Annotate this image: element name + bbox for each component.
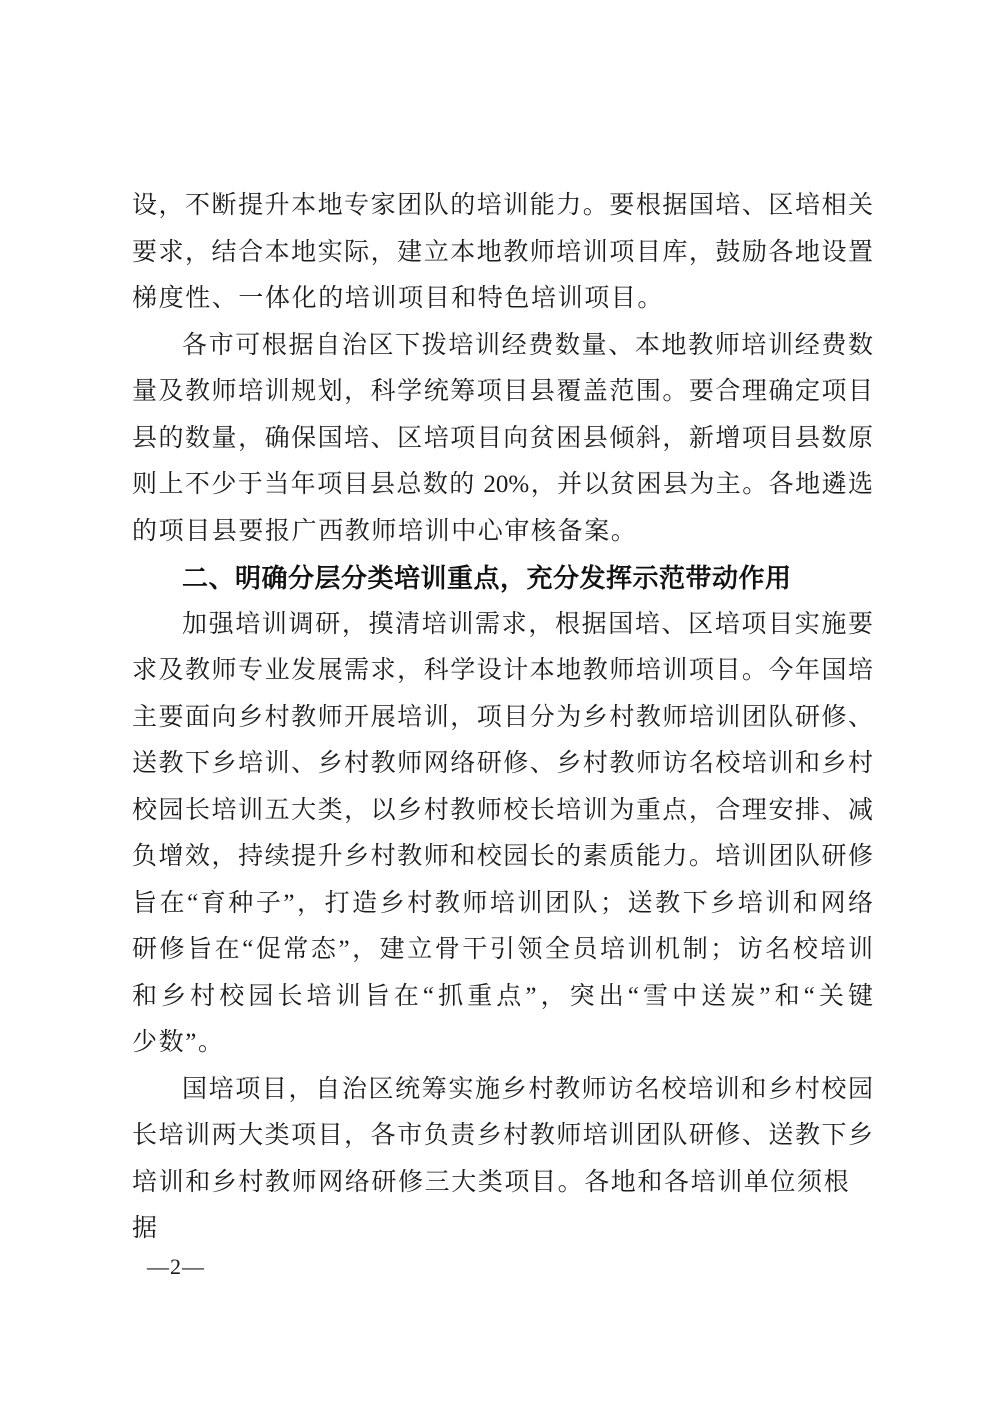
- page-number: —2—: [147, 1252, 205, 1282]
- text-line: 研修旨在“促常态”，建立骨干引领全员培训机制；访名校培训: [132, 927, 873, 974]
- paragraph: 加强培训调研，摸清培训需求，根据国培、区培项目实施要求及教师专业发展需求，科学设…: [132, 602, 873, 1067]
- text-line: 量及教师培训规划，科学统筹项目县覆盖范围。要合理确定项目: [132, 369, 873, 416]
- text-line: 和乡村校园长培训旨在“抓重点”，突出“雪中送炭”和“关键: [132, 974, 873, 1021]
- text-line: 的项目县要报广西教师培训中心审核备案。: [132, 509, 873, 556]
- text-line: 负增效，持续提升乡村教师和校园长的素质能力。培训团队研修: [132, 834, 873, 881]
- text-line: 加强培训调研，摸清培训需求，根据国培、区培项目实施要: [132, 602, 873, 649]
- text-line: 培训和乡村教师网络研修三大类项目。各地和各培训单位须根据: [132, 1160, 873, 1207]
- text-line: 旨在“育种子”，打造乡村教师培训团队；送教下乡培训和网络: [132, 881, 873, 928]
- text-line: 设，不断提升本地专家团队的培训能力。要根据国培、区培相关: [132, 183, 873, 230]
- section-heading: 二、明确分层分类培训重点，充分发挥示范带动作用: [132, 555, 873, 602]
- text-line: 国培项目，自治区统筹实施乡村教师访名校培训和乡村校园: [132, 1067, 873, 1114]
- text-line: 要求，结合本地实际，建立本地教师培训项目库，鼓励各地设置: [132, 230, 873, 277]
- text-line: 主要面向乡村教师开展培训，项目分为乡村教师培训团队研修、: [132, 695, 873, 742]
- text-line: 各市可根据自治区下拨培训经费数量、本地教师培训经费数: [132, 323, 873, 370]
- text-line: 县的数量，确保国培、区培项目向贫困县倾斜，新增项目县数原: [132, 416, 873, 463]
- text-line: 长培训两大类项目，各市负责乡村教师培训团队研修、送教下乡: [132, 1113, 873, 1160]
- paragraph: 设，不断提升本地专家团队的培训能力。要根据国培、区培相关要求，结合本地实际，建立…: [132, 183, 873, 323]
- text-line: 少数”。: [132, 1020, 873, 1067]
- text-line: 梯度性、一体化的培训项目和特色培训项目。: [132, 276, 873, 323]
- heading-line: 二、明确分层分类培训重点，充分发挥示范带动作用: [132, 555, 873, 602]
- document-body: 设，不断提升本地专家团队的培训能力。要根据国培、区培相关要求，结合本地实际，建立…: [132, 183, 873, 1206]
- paragraph: 国培项目，自治区统筹实施乡村教师访名校培训和乡村校园长培训两大类项目，各市负责乡…: [132, 1067, 873, 1207]
- text-line: 校园长培训五大类，以乡村教师校长培训为重点，合理安排、减: [132, 788, 873, 835]
- text-line: 送教下乡培训、乡村教师网络研修、乡村教师访名校培训和乡村: [132, 741, 873, 788]
- text-line: 则上不少于当年项目县总数的 20%，并以贫困县为主。各地遴选: [132, 462, 873, 509]
- document-page: 设，不断提升本地专家团队的培训能力。要根据国培、区培相关要求，结合本地实际，建立…: [0, 0, 993, 1404]
- text-line: 求及教师专业发展需求，科学设计本地教师培训项目。今年国培: [132, 648, 873, 695]
- paragraph: 各市可根据自治区下拨培训经费数量、本地教师培训经费数量及教师培训规划，科学统筹项…: [132, 323, 873, 556]
